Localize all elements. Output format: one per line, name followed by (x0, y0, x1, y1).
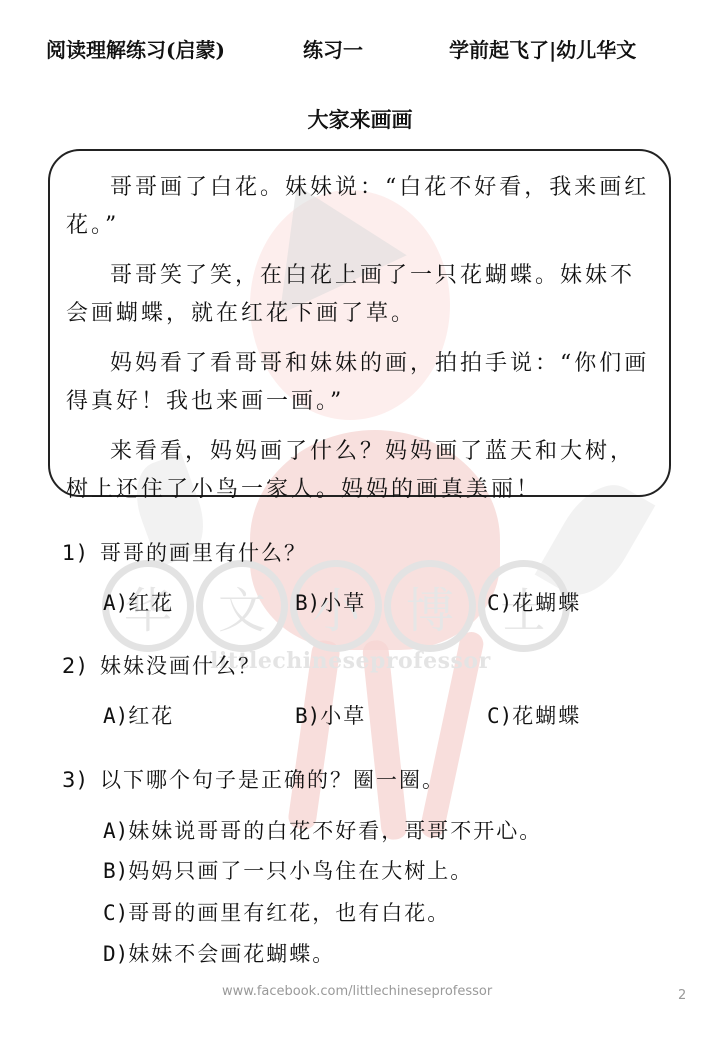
question-1: 1)哥哥的画里有什么？ (62, 537, 307, 567)
page-number: 2 (678, 988, 686, 1003)
option-c[interactable]: C)哥哥的画里有红花，也有白花。 (103, 897, 450, 927)
watermark-deer-leg (362, 639, 409, 841)
option-b[interactable]: B)小草 (295, 587, 366, 617)
question-number: 1) (62, 541, 100, 565)
watermark-deer-leg (287, 639, 341, 831)
story-paragraph: 妈妈看了看哥哥和妹妹的画，拍拍手说：“你们画得真好！我也来画一画。” (66, 345, 655, 421)
option-b[interactable]: B)妈妈只画了一只小鸟住在大树上。 (103, 855, 473, 885)
question-2: 2)妹妹没画什么？ (62, 650, 261, 680)
question-text: 哥哥的画里有什么？ (100, 541, 307, 565)
question-number: 3) (62, 768, 100, 792)
option-c[interactable]: C)花蝴蝶 (487, 700, 581, 730)
option-c[interactable]: C)花蝴蝶 (487, 587, 581, 617)
option-text: 妹妹不会画花蝴蝶。 (128, 942, 335, 966)
option-letter: A) (103, 704, 128, 728)
question-text: 妹妹没画什么？ (100, 654, 261, 678)
option-text: 妹妹说哥哥的白花不好看，哥哥不开心。 (128, 819, 542, 843)
story-box: 哥哥画了白花。妹妹说：“白花不好看，我来画红花。” 哥哥笑了笑，在白花上画了一只… (48, 149, 671, 497)
story-paragraph: 哥哥笑了笑，在白花上画了一只花蝴蝶。妹妹不会画蝴蝶，就在红花下画了草。 (66, 257, 655, 333)
option-letter: C) (487, 591, 512, 615)
option-text: 哥哥的画里有红花，也有白花。 (128, 901, 450, 925)
exercise-label: 练习一 (303, 34, 363, 63)
option-letter: D) (103, 942, 128, 966)
question-text: 以下哪个句子是正确的？圈一圈。 (100, 768, 445, 792)
option-letter: B) (295, 591, 320, 615)
watermark-circle: 文 (196, 560, 288, 652)
option-text: 花蝴蝶 (512, 704, 581, 728)
story-paragraph: 来看看，妈妈画了什么？妈妈画了蓝天和大树，树上还住了小鸟一家人。妈妈的画真美丽！ (66, 433, 655, 509)
option-letter: C) (103, 901, 128, 925)
option-letter: B) (103, 859, 128, 883)
question-3: 3)以下哪个句子是正确的？圈一圈。 (62, 764, 445, 794)
option-d[interactable]: D)妹妹不会画花蝴蝶。 (103, 938, 335, 968)
option-text: 小草 (320, 591, 366, 615)
watermark-circle: 博 (384, 560, 476, 652)
option-a[interactable]: A)红花 (103, 587, 174, 617)
publisher-label: 学前起飞了|幼儿华文 (449, 34, 636, 63)
option-letter: C) (487, 704, 512, 728)
page-header: 阅读理解练习(启蒙) 练习一 学前起飞了|幼儿华文 (0, 34, 720, 64)
option-letter: B) (295, 704, 320, 728)
option-text: 妈妈只画了一只小鸟住在大树上。 (128, 859, 473, 883)
option-a[interactable]: A)妹妹说哥哥的白花不好看，哥哥不开心。 (103, 815, 542, 845)
story-title: 大家来画画 (0, 104, 720, 134)
option-letter: A) (103, 819, 128, 843)
option-text: 小草 (320, 704, 366, 728)
story-paragraph: 哥哥画了白花。妹妹说：“白花不好看，我来画红花。” (66, 169, 655, 245)
option-a[interactable]: A)红花 (103, 700, 174, 730)
option-letter: A) (103, 591, 128, 615)
footer-link[interactable]: www.facebook.com/littlechineseprofessor (222, 984, 492, 999)
question-number: 2) (62, 654, 100, 678)
option-text: 红花 (128, 591, 174, 615)
option-b[interactable]: B)小草 (295, 700, 366, 730)
option-text: 红花 (128, 704, 174, 728)
watermark-deer-leg (418, 630, 485, 840)
option-text: 花蝴蝶 (512, 591, 581, 615)
worksheet-series-title: 阅读理解练习(启蒙) (46, 34, 225, 63)
